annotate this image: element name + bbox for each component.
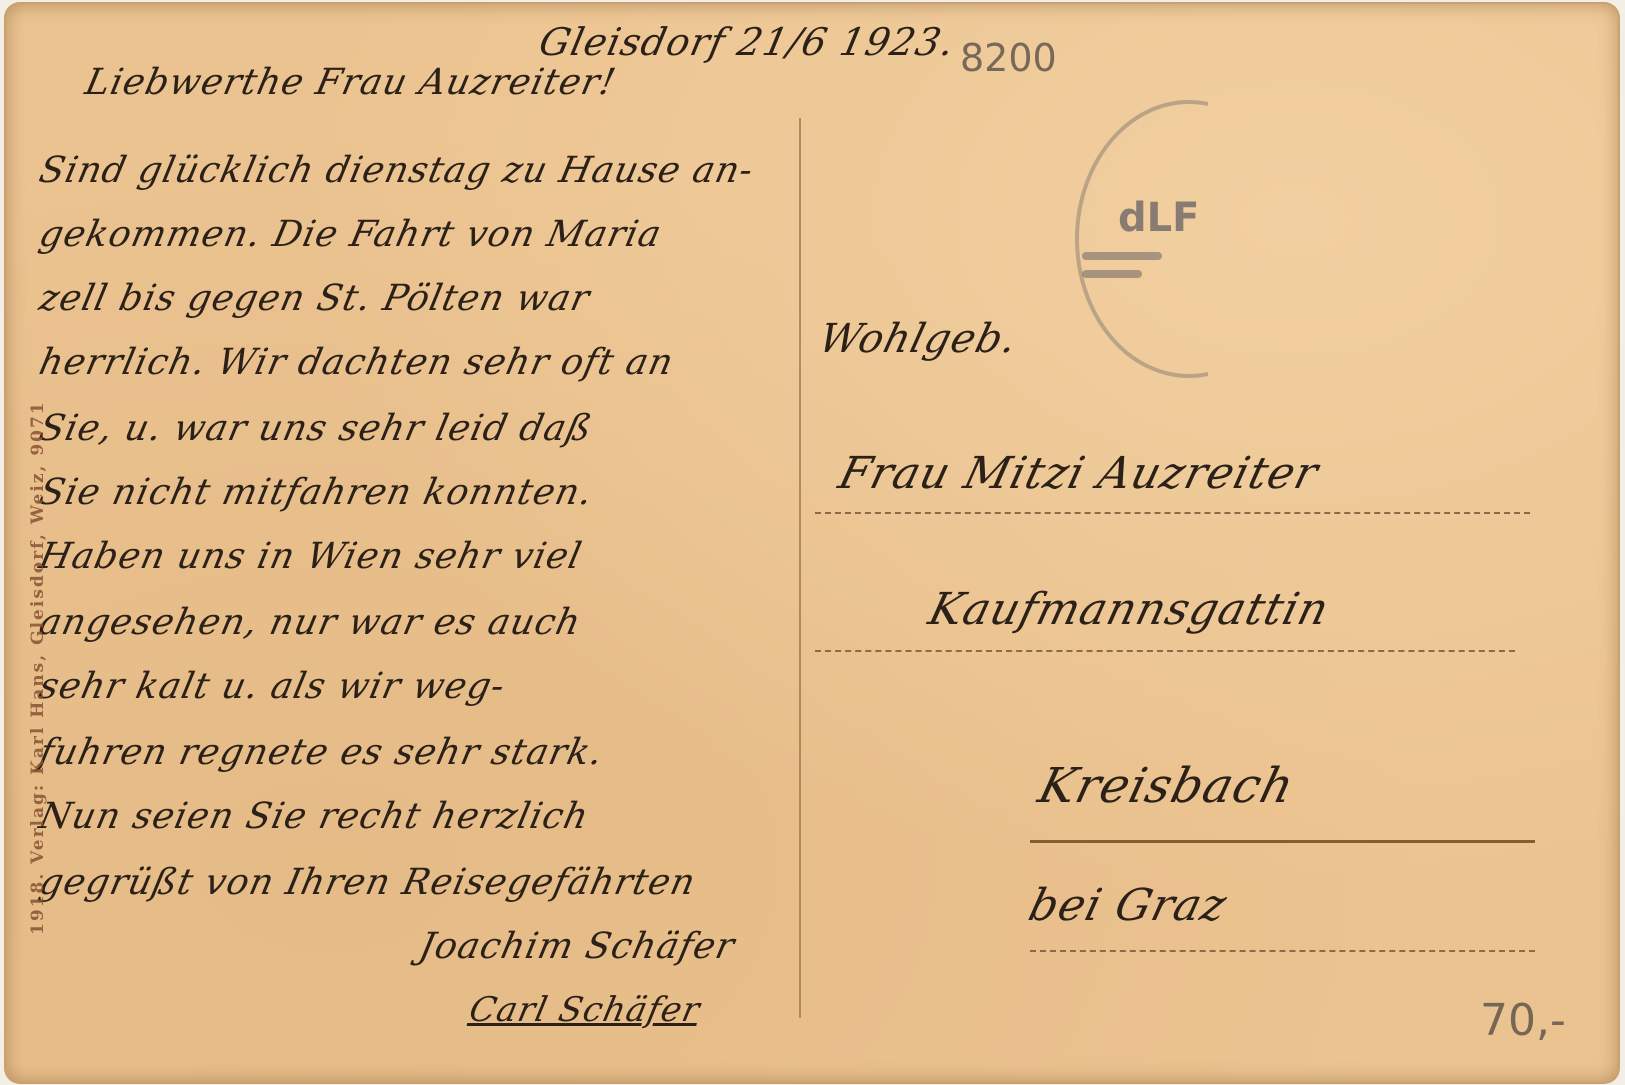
publisher-imprint: 1918. Verlag: Karl Hans, Gleisdorf, Weiz… <box>28 400 48 935</box>
address-rule <box>1030 950 1535 952</box>
message-line: angesehen, nur war es auch <box>36 602 585 643</box>
message-line: Sie, u. war uns sehr leid daß <box>36 408 596 449</box>
message-line: Nun seien Sie recht herzlich <box>36 796 593 837</box>
place-date: Gleisdorf 21/6 1923. <box>535 20 959 64</box>
message-line: herrlich. Wir dachten sehr oft an <box>36 342 678 383</box>
message-line: Sind glücklich dienstag zu Hause an- <box>36 150 758 191</box>
message-line: Haben uns in Wien sehr viel <box>36 536 586 577</box>
salutation: Liebwerthe Frau Auzreiter! <box>82 62 620 103</box>
postmark-bar <box>1082 252 1162 260</box>
pencil-note-top: 8200 <box>960 36 1057 80</box>
address-rule-solid <box>1030 840 1535 843</box>
pencil-note-bottom: 70,- <box>1480 995 1566 1046</box>
postmark-text: dLF <box>1118 195 1199 241</box>
address-rule <box>815 512 1530 514</box>
address-title: Wohlgeb. <box>814 316 1022 362</box>
address-line-name: Frau Mitzi Auzreiter <box>834 448 1324 499</box>
message-line: gegrüßt von Ihren Reisegefährten <box>36 862 700 903</box>
center-divider <box>799 118 801 1018</box>
message-line: zell bis gegen St. Pölten war <box>36 278 594 319</box>
message-line: fuhren regnete es sehr stark. <box>36 732 608 773</box>
message-line: gekommen. Die Fahrt von Maria <box>36 214 666 255</box>
postmark-bar <box>1082 270 1142 278</box>
signature-carl: Carl Schäfer <box>466 990 704 1030</box>
signature-joachim: Joachim Schäfer <box>416 926 739 967</box>
address-rule <box>815 650 1515 652</box>
message-line: Sie nicht mitfahren konnten. <box>36 472 597 513</box>
address-line-occupation: Kaufmannsgattin <box>924 584 1335 635</box>
message-line: sehr kalt u. als wir weg- <box>36 666 509 707</box>
address-line-region: bei Graz <box>1024 880 1233 931</box>
address-line-town: Kreisbach <box>1033 758 1300 814</box>
